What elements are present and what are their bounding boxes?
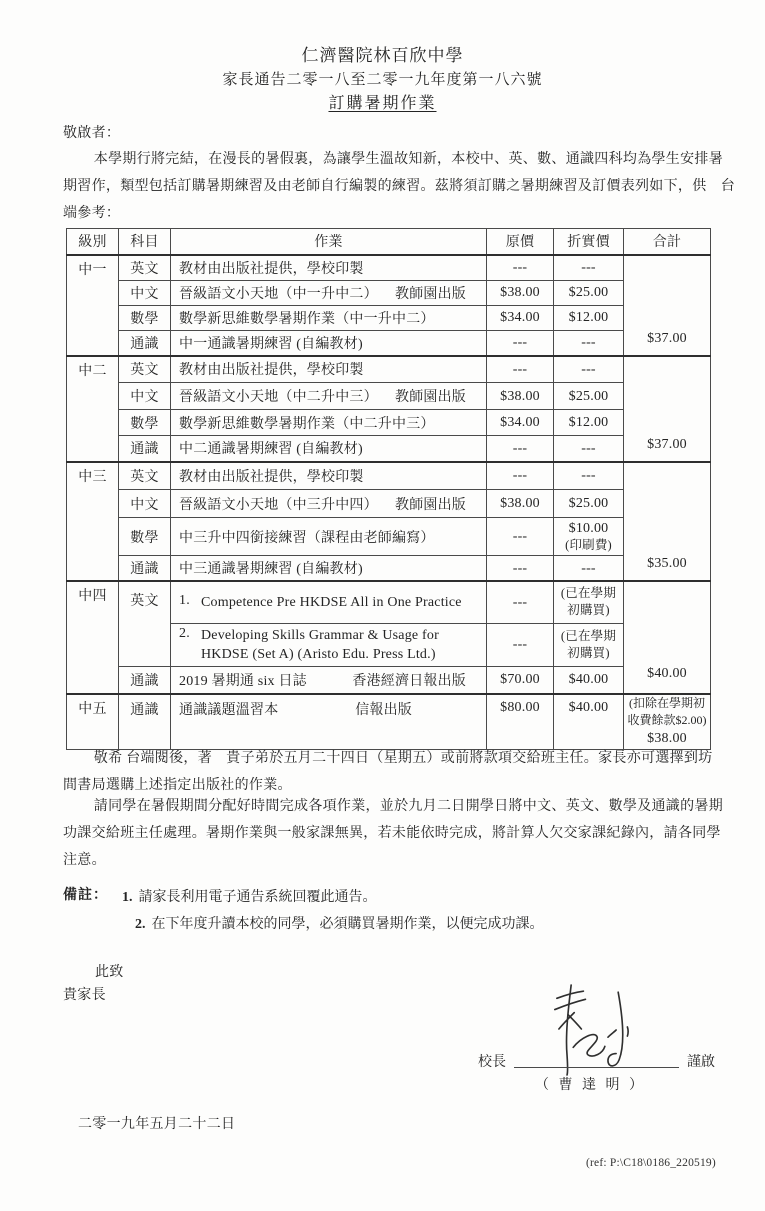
table-row: 中文 晉級語文小天地（中二升中三）教師園出版 $38.00 $25.00 (67, 383, 711, 410)
paragraph-line: 功課交給班主任處理。暑期作業與一般家課無異，若未能依時完成，將計算人欠交家課紀錄… (63, 820, 713, 847)
work-cell: 中一通識暑期練習 (自編教材) (171, 330, 487, 356)
subject-cell: 中文 (119, 280, 171, 305)
table-row: 中三 英文 教材由出版社提供，學校印製 --- --- $35.00 (67, 462, 711, 490)
paragraph-line: 敬希 台端閱後，著 貴子弟於五月二十四日（星期五）或前將款項交給班主任。家長亦可… (63, 745, 713, 772)
work-cell: 教材由出版社提供，學校印製 (171, 356, 487, 383)
disc-price-cell: $12.00 (554, 305, 624, 330)
school-name: 仁濟醫院林百欣中學 (0, 44, 765, 68)
work-title: 數學新思維數學暑期作業（中二升中三） (179, 413, 435, 433)
table-row: 中一 英文 教材由出版社提供，學校印製 --- --- $37.00 (67, 255, 711, 281)
orig-price-cell: --- (487, 436, 554, 462)
table-row: 通識 2019 暑期通 six 日誌香港經濟日報出版 $70.00 $40.00 (67, 666, 711, 694)
disc-price-cell: $25.00 (554, 383, 624, 410)
notice-number: 家長通告二零一八至二零一九年度第一八六號 (0, 68, 765, 92)
level-cell: 中四 (67, 581, 119, 694)
work-cell: 教材由出版社提供，學校印製 (171, 255, 487, 281)
principal-sign-line: 校長 謹啟 (440, 1050, 715, 1071)
work-title: 教材由出版社提供，學校印製 (179, 466, 364, 486)
work-cell: 晉級語文小天地（中三升中四）教師園出版 (171, 490, 487, 518)
work-cell: 2.Developing Skills Grammar & Usage for … (171, 623, 487, 666)
work-title: 中三升中四銜接練習（課程由老師編寫） (179, 527, 435, 547)
notice-document: 仁濟醫院林百欣中學 家長通告二零一八至二零一九年度第一八六號 訂購暑期作業 敬啟… (0, 0, 765, 1211)
remark-item: 2.在下年度升讀本校的同學，必須購買暑期作業，以便完成功課。 (135, 911, 544, 938)
disc-price-cell: $10.00(印刷費) (554, 518, 624, 556)
level-cell: 中二 (67, 356, 119, 462)
signature-line (514, 1050, 679, 1068)
disc-price-cell: $40.00 (554, 666, 624, 694)
total-note: (扣除在學期初 (624, 695, 710, 712)
orig-price-cell: --- (487, 255, 554, 281)
disc-price-cell: --- (554, 330, 624, 356)
pricing-table: 級別 科目 作業 原價 折實價 合計 中一 英文 教材由出版社提供，學校印製 -… (66, 228, 711, 750)
header-disc-price: 折實價 (554, 229, 624, 255)
work-cell: 晉級語文小天地（中一升中二）教師園出版 (171, 280, 487, 305)
work-cell: 數學新思維數學暑期作業（中二升中三） (171, 410, 487, 436)
table-row: 通識 中三通識暑期練習 (自編教材) --- --- (67, 556, 711, 582)
publisher: 香港經濟日報出版 (352, 670, 482, 690)
paragraph-line: 本學期行將完結，在漫長的暑假裏，為讓學生溫故知新，本校中、英、數、通識四科均為學… (63, 146, 713, 173)
closing-to: 此致 (95, 961, 124, 981)
table-row: 中文 晉級語文小天地（中一升中二）教師園出版 $38.00 $25.00 (67, 280, 711, 305)
total-note: 收費餘款$2.00) (624, 712, 710, 729)
closing-recipient: 貴家長 (63, 984, 106, 1004)
signature-block: 校長 謹啟 （ 曹 達 明 ） (440, 984, 725, 1099)
orig-price-cell: $80.00 (487, 694, 554, 750)
subject-cell: 中文 (119, 383, 171, 410)
paragraph-line: 請同學在暑假期間分配好時間完成各項作業，並於九月二日開學日將中文、英文、數學及通… (63, 793, 713, 820)
disc-price-cell: --- (554, 556, 624, 582)
work-cell: 中三升中四銜接練習（課程由老師編寫） (171, 518, 487, 556)
item-number: 2. (179, 626, 201, 642)
homework-paragraph: 請同學在暑假期間分配好時間完成各項作業，並於九月二日開學日將中文、英文、數學及通… (63, 793, 713, 874)
total-value: $37.00 (624, 435, 710, 455)
work-title: 2019 暑期通 six 日誌 (179, 670, 307, 690)
disc-price-cell: $25.00 (554, 490, 624, 518)
work-title: 晉級語文小天地（中一升中二） (179, 283, 378, 303)
paragraph-line: 注意。 (63, 847, 713, 874)
subject-cell: 英文 (119, 356, 171, 383)
paragraph-line: 端參考： (63, 200, 713, 227)
work-title: 教材由出版社提供，學校印製 (179, 258, 364, 278)
work-title: 數學新思維數學暑期作業（中一升中二） (179, 308, 435, 328)
subject-cell: 英文 (119, 255, 171, 281)
subject-cell: 中文 (119, 490, 171, 518)
work-title: 晉級語文小天地（中二升中三） (179, 386, 378, 406)
work-cell: 1.Competence Pre HKDSE All in One Practi… (171, 581, 487, 623)
disc-price-cell: (已在學期初購買) (554, 581, 624, 623)
orig-price-cell: --- (487, 356, 554, 383)
table-row: 數學 中三升中四銜接練習（課程由老師編寫） --- $10.00(印刷費) (67, 518, 711, 556)
disc-price: $10.00 (557, 520, 620, 537)
work-title: 教材由出版社提供，學校印製 (179, 359, 364, 379)
total-value: $35.00 (624, 554, 710, 574)
total-value: $40.00 (624, 664, 710, 687)
table-row: 中五 通識 通識議題溫習本信報出版 $80.00 $40.00 (扣除在學期初 … (67, 694, 711, 750)
table-row: 數學 數學新思維數學暑期作業（中一升中二） $34.00 $12.00 (67, 305, 711, 330)
paragraph-line: 期習作，類型包括訂購暑期練習及由老師自行編製的練習。茲將須訂購之暑期練習及訂價表… (63, 173, 713, 200)
orig-price-cell: --- (487, 518, 554, 556)
orig-price-cell: $34.00 (487, 305, 554, 330)
publisher: 教師園出版 (395, 386, 482, 406)
table-row: 中四 英文 1.Competence Pre HKDSE All in One … (67, 581, 711, 623)
header-work: 作業 (171, 229, 487, 255)
disc-price-cell: --- (554, 255, 624, 281)
orig-price-cell: $38.00 (487, 280, 554, 305)
orig-price-cell: $38.00 (487, 383, 554, 410)
remark-text: 請家長利用電子通告系統回覆此通告。 (139, 890, 377, 905)
work-cell: 中三通識暑期練習 (自編教材) (171, 556, 487, 582)
subject-cell: 通識 (119, 694, 171, 750)
work-cell: 教材由出版社提供，學校印製 (171, 462, 487, 490)
payment-paragraph: 敬希 台端閱後，著 貴子弟於五月二十四日（星期五）或前將款項交給班主任。家長亦可… (63, 745, 713, 799)
header-level: 級別 (67, 229, 119, 255)
total-cell: (扣除在學期初 收費餘款$2.00) $38.00 (624, 694, 711, 750)
work-cell: 晉級語文小天地（中二升中三）教師園出版 (171, 383, 487, 410)
reference-number: (ref: P:\C18\0186_220519) (586, 1157, 716, 1169)
level-cell: 中三 (67, 462, 119, 582)
publisher: 教師園出版 (395, 283, 482, 303)
table-row: 通識 中二通識暑期練習 (自編教材) --- --- (67, 436, 711, 462)
header-total: 合計 (624, 229, 711, 255)
table-row: 數學 數學新思維數學暑期作業（中二升中三） $34.00 $12.00 (67, 410, 711, 436)
disc-price-cell: --- (554, 356, 624, 383)
subject-cell: 英文 (119, 581, 171, 666)
disc-price-cell: --- (554, 436, 624, 462)
level-cell: 中五 (67, 694, 119, 750)
work-title: Competence Pre HKDSE All in One Practice (201, 593, 482, 612)
principal-name: （ 曹 達 明 ） (518, 1074, 663, 1094)
total-value: $37.00 (624, 329, 710, 349)
level-cell: 中一 (67, 255, 119, 356)
remarks-section: 備註： 1.請家長利用電子通告系統回覆此通告。 2.在下年度升讀本校的同學，必須… (63, 884, 544, 938)
subject-cell: 英文 (119, 462, 171, 490)
subject-cell: 通識 (119, 556, 171, 582)
remark-number: 2. (135, 917, 146, 932)
work-title: Developing Skills Grammar & Usage for HK… (201, 626, 482, 664)
item-number: 1. (179, 593, 201, 609)
table-row: 通識 中一通識暑期練習 (自編教材) --- --- (67, 330, 711, 356)
orig-price-cell: --- (487, 623, 554, 666)
remark-item: 1.請家長利用電子通告系統回覆此通告。 (122, 884, 544, 911)
orig-price-cell: $38.00 (487, 490, 554, 518)
orig-price-cell: --- (487, 581, 554, 623)
subject-cell: 通識 (119, 436, 171, 462)
work-cell: 數學新思維數學暑期作業（中一升中二） (171, 305, 487, 330)
disc-price-cell: --- (554, 462, 624, 490)
work-title: 中二通識暑期練習 (自編教材) (179, 438, 363, 458)
work-title: 中一通識暑期練習 (自編教材) (179, 333, 363, 353)
orig-price-cell: --- (487, 330, 554, 356)
total-cell: $35.00 (624, 462, 711, 582)
total-cell: $40.00 (624, 581, 711, 694)
principal-label: 校長 (478, 1051, 506, 1071)
work-title: 晉級語文小天地（中三升中四） (179, 494, 378, 514)
subject-cell: 數學 (119, 410, 171, 436)
salutation: 敬啟者： (63, 122, 120, 142)
header-subject: 科目 (119, 229, 171, 255)
subject-cell: 數學 (119, 518, 171, 556)
work-cell: 中二通識暑期練習 (自編教材) (171, 436, 487, 462)
document-title: 訂購暑期作業 (328, 92, 436, 116)
header-orig-price: 原價 (487, 229, 554, 255)
total-cell: $37.00 (624, 255, 711, 356)
remarks-label: 備註： (63, 884, 108, 938)
table-row: 中文 晉級語文小天地（中三升中四）教師園出版 $38.00 $25.00 (67, 490, 711, 518)
remark-text: 在下年度升讀本校的同學，必須購買暑期作業，以便完成功課。 (152, 917, 544, 932)
disc-price-note: (印刷費) (557, 537, 620, 554)
orig-price-cell: $70.00 (487, 666, 554, 694)
publisher: 信報出版 (355, 699, 482, 719)
notice-date: 二零一九年五月二十二日 (78, 1113, 235, 1133)
remark-number: 1. (122, 890, 133, 905)
respectful-closing: 謹啟 (687, 1051, 715, 1071)
publisher: 教師園出版 (395, 494, 482, 514)
disc-price-cell: (已在學期初購買) (554, 623, 624, 666)
work-cell: 2019 暑期通 six 日誌香港經濟日報出版 (171, 666, 487, 694)
intro-paragraph: 本學期行將完結，在漫長的暑假裏，為讓學生溫故知新，本校中、英、數、通識四科均為學… (63, 146, 713, 227)
disc-price-cell: $25.00 (554, 280, 624, 305)
subject-cell: 通識 (119, 330, 171, 356)
table-row: 中二 英文 教材由出版社提供，學校印製 --- --- $37.00 (67, 356, 711, 383)
disc-price-cell: $40.00 (554, 694, 624, 750)
disc-price-cell: $12.00 (554, 410, 624, 436)
work-cell: 通識議題溫習本信報出版 (171, 694, 487, 750)
document-header: 仁濟醫院林百欣中學 家長通告二零一八至二零一九年度第一八六號 訂購暑期作業 (0, 44, 765, 116)
work-title: 中三通識暑期練習 (自編教材) (179, 558, 363, 578)
work-title: 通識議題溫習本 (179, 699, 278, 719)
orig-price-cell: --- (487, 462, 554, 490)
subject-cell: 通識 (119, 666, 171, 694)
total-cell: $37.00 (624, 356, 711, 462)
subject-cell: 數學 (119, 305, 171, 330)
orig-price-cell: --- (487, 556, 554, 582)
table-header-row: 級別 科目 作業 原價 折實價 合計 (67, 229, 711, 255)
orig-price-cell: $34.00 (487, 410, 554, 436)
